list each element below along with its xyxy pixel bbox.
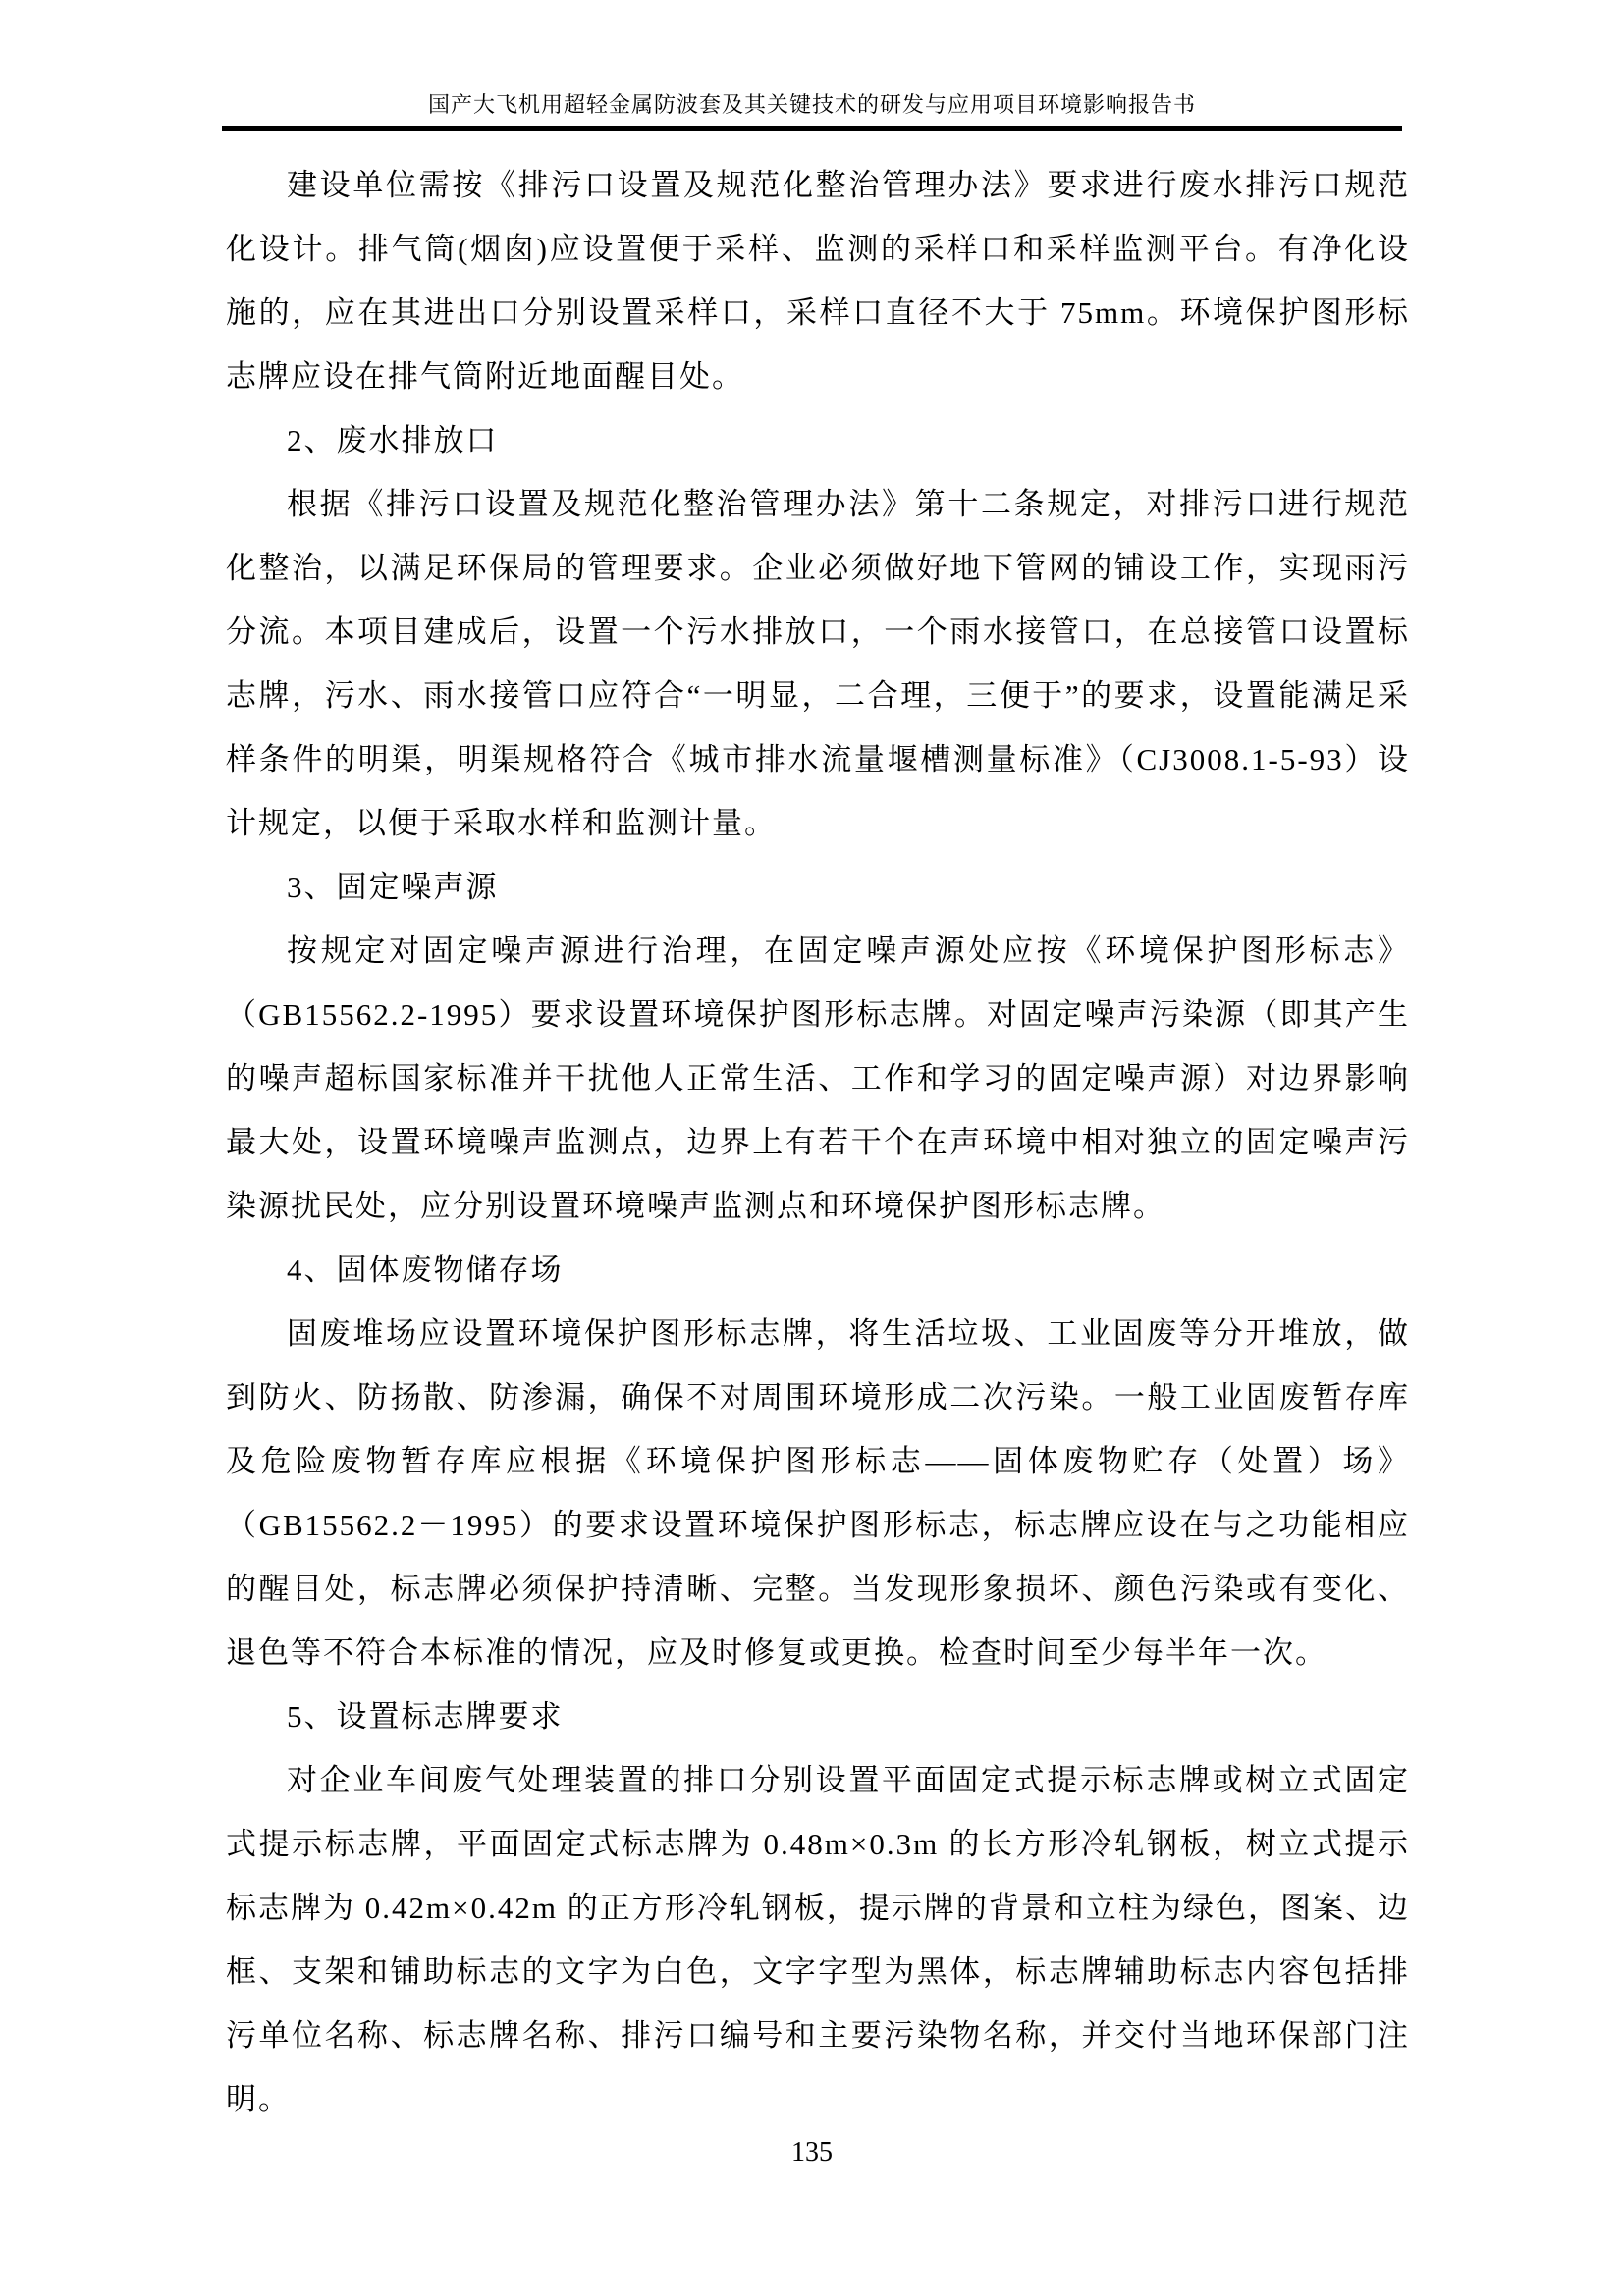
page-footer: 135 bbox=[0, 2136, 1624, 2169]
running-header-title: 国产大飞机用超轻金属防波套及其关键技术的研发与应用项目环境影响报告书 bbox=[222, 92, 1402, 118]
paragraph: 根据《排污口设置及规范化整治管理办法》第十二条规定，对排污口进行规范化整治，以满… bbox=[226, 472, 1410, 855]
paragraph: 对企业车间废气处理装置的排口分别设置平面固定式提示标志牌或树立式固定式提示标志牌… bbox=[226, 1748, 1410, 2131]
page-number: 135 bbox=[791, 2137, 833, 2167]
section-heading: 5、设置标志牌要求 bbox=[226, 1684, 1410, 1748]
document-body: 建设单位需按《排污口设置及规范化整治管理办法》要求进行废水排污口规范化设计。排气… bbox=[226, 153, 1410, 2131]
paragraph: 按规定对固定噪声源进行治理，在固定噪声源处应按《环境保护图形标志》（GB1556… bbox=[226, 919, 1410, 1238]
section-heading: 3、固定噪声源 bbox=[226, 855, 1410, 919]
section-heading: 4、固体废物储存场 bbox=[226, 1238, 1410, 1302]
paragraph: 固废堆场应设置环境保护图形标志牌，将生活垃圾、工业固废等分开堆放，做到防火、防扬… bbox=[226, 1302, 1410, 1684]
page-header: 国产大飞机用超轻金属防波套及其关键技术的研发与应用项目环境影响报告书 bbox=[222, 92, 1402, 131]
paragraph: 建设单位需按《排污口设置及规范化整治管理办法》要求进行废水排污口规范化设计。排气… bbox=[226, 153, 1410, 408]
section-heading: 2、废水排放口 bbox=[226, 408, 1410, 472]
document-page: 国产大飞机用超轻金属防波套及其关键技术的研发与应用项目环境影响报告书 建设单位需… bbox=[0, 0, 1624, 2296]
